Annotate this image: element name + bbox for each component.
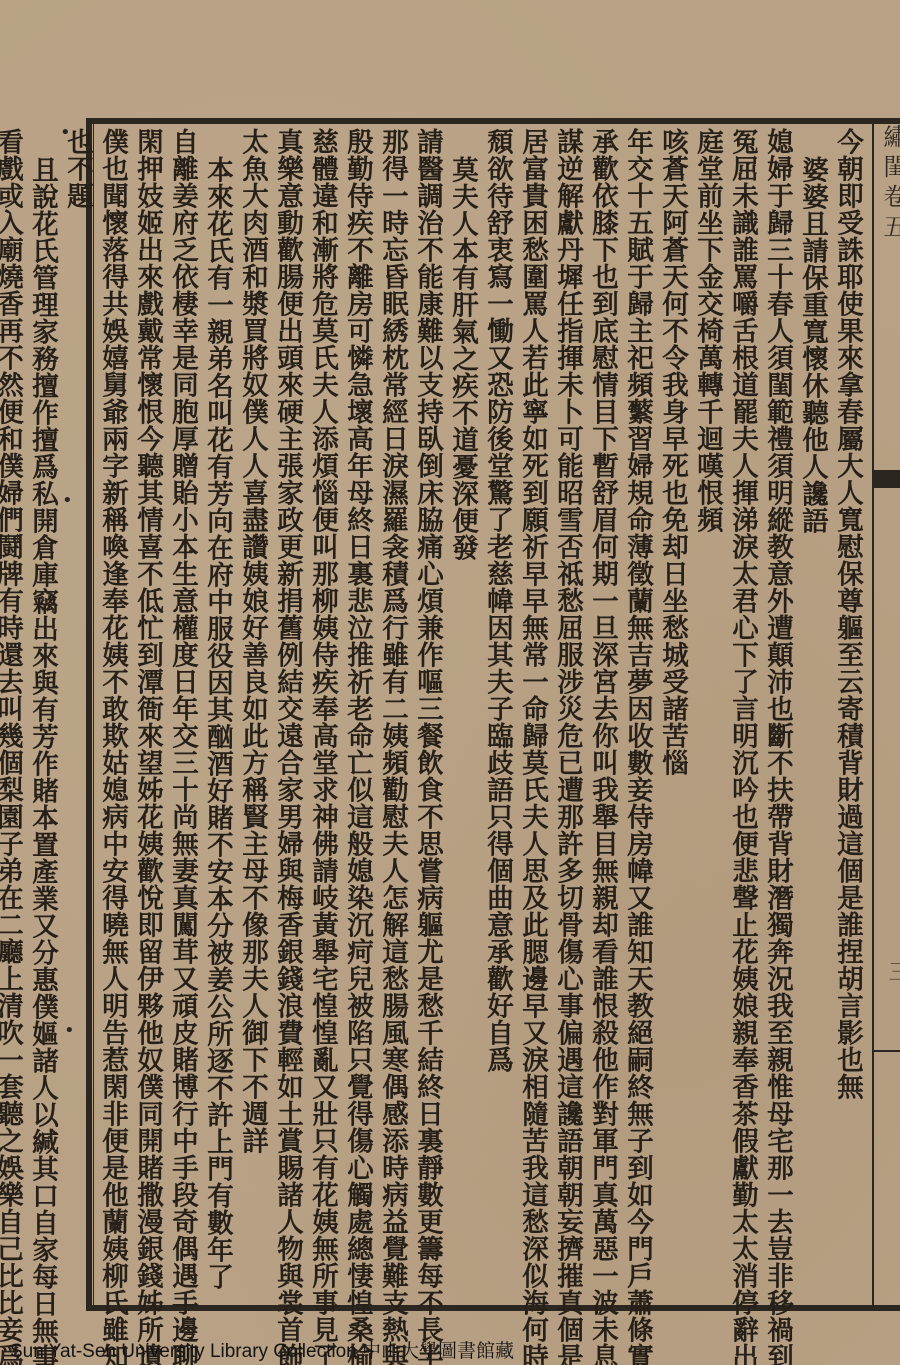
text-column: 殷勤侍疾不離房可憐急壞高年母終日裏悲泣推祈老命亡似這般媳染沉疴兒被陷只覺得傷心觸… (342, 128, 372, 1298)
center-fold-margin (872, 118, 900, 1311)
text-column: 也不題 (62, 128, 92, 1298)
text-column: 居富貴困愁圍罵人若此寧如死到願祈早早無常一命歸莫氏夫人思及此腮邊早又淚相隨苦我這… (517, 128, 547, 1298)
text-column: 看戲或入廟燒香再不然便和僕婦們鬪牌有時還去叫幾個梨園子弟在二廳上清吹一套聽之娛樂… (0, 128, 22, 1298)
text-column: 庭堂前坐下金交椅萬轉千迴嘆恨頻 (692, 128, 722, 1298)
text-column: 冤屈未識誰罵嚼舌根道罷夫人揮涕淚太君心下了言明沉吟也便悲聲止花姨娘親奉香茶假獻勤… (727, 128, 757, 1298)
library-attribution: Sun Yat-Sen University Library Collectio… (10, 1336, 514, 1363)
vertical-text-body: 今朝即受誅耶使果來拿春屬大人寬慰保尊軀至云寄積背財過這個是誰捏胡言影也無婆婆且請… (0, 128, 862, 1298)
text-column: 本來花氏有一親弟名叫花有芳向在府中服役因其酗酒好賭不安本分被姜公所逐不許上門有數… (202, 128, 232, 1298)
text-column: 媳婦于歸三十春人須閨範禮須明縱教意外遭顛沛也斷不扶帶背財潛獨奔況我至親惟母宅那一… (762, 128, 792, 1298)
text-column: 請醫調治不能康難以支持臥倒床脇痛心煩兼作嘔三餐飲食不思嘗病軀尤是愁千結終日裏靜數… (412, 128, 442, 1298)
text-column: 年交十五賦于歸主祀頻蘩習婦規命薄徵蘭無吉夢因收數妾侍房幃又誰知天教絕嗣終無子到如… (622, 128, 652, 1298)
text-column: 自離姜府乏依棲幸是同胞厚贈貽小本生意權度日年交三十尚無妻真闖茸又頑皮賭博行中手段… (167, 128, 197, 1298)
text-column: 婆婆且請保重寬懷休聽他人讒語 (797, 128, 827, 1298)
text-column: 謀逆解獻丹墀任指揮未卜可能昭雪否祗愁屈服涉災危已遭那許多切骨傷心事偏遇這讒語朝朝… (552, 128, 582, 1298)
book-page: 繡閨卷五 三 • • • 今朝即受誅耶使果來拿春屬大人寬慰保尊軀至云寄積背財過這… (0, 0, 900, 1365)
book-title: 繡閨 (879, 124, 900, 184)
text-column: 頹欲待舒衷寫一慟又恐防後堂驚了老慈幃因其夫子臨歧語只得個曲意承歡好自爲 (482, 128, 512, 1298)
text-column: 且說花氏管理家務擅作擅爲私開倉庫竊出來與有芳作賭本置產業又分惠僕嫗諸人以緘其口自… (27, 128, 57, 1298)
text-column: 莫夫人本有肝氣之疾不道憂深便發 (447, 128, 477, 1298)
page-number: 三 (882, 960, 900, 982)
text-column: 慈體違和漸將危莫氏夫人添煩惱便叫那柳姨侍疾奉高堂求神佛請岐黃舉宅惶惶亂又壯只有花… (307, 128, 337, 1298)
text-column: 僕也聞懷落得共娛嬉舅爺兩字新稱喚逢奉花姨不敢欺姑媳病中安得曉無人明告惹閑非便是他… (97, 128, 127, 1298)
text-column: 今朝即受誅耶使果來拿春屬大人寬慰保尊軀至云寄積背財過這個是誰捏胡言影也無 (832, 128, 862, 1298)
text-column: 承歡依膝下也到底慰情目下暫舒眉何期一旦深宮去你叫我舉目無親却看誰恨殺他作對軍門真… (587, 128, 617, 1298)
text-column: 咳蒼天阿蒼天何不令我身早死也免却日坐愁城受諸苦惱 (657, 128, 687, 1298)
text-column: 閑押妓姬出來戲戴常懷恨今聽其情喜不低忙到潭衙來望姊花姨歡悅即留伊夥他奴僕同開賭撒… (132, 128, 162, 1298)
volume-label: 卷五 (879, 184, 900, 244)
text-column: 太魚大肉酒和漿買將奴僕人人喜盡讚姨娘好善良如此方稱賢主母不像那夫人御下不週詳 (237, 128, 267, 1298)
fishtail-mark (874, 470, 900, 488)
text-column: 那得一時忘昏眠綉枕常經日淚濕羅衾積爲行雖有二姨頻勸慰夫人怎解這愁腸風寒偶感添時病… (377, 128, 407, 1298)
center-fold-title: 繡閨卷五 (876, 124, 900, 244)
text-column: 真樂意動歡腸便出頭來硬主張家政更新捐舊例結交遠合家男婦與梅香銀錢浪費輕如土賞賜諸… (272, 128, 302, 1298)
center-fold-rule (874, 1050, 900, 1052)
